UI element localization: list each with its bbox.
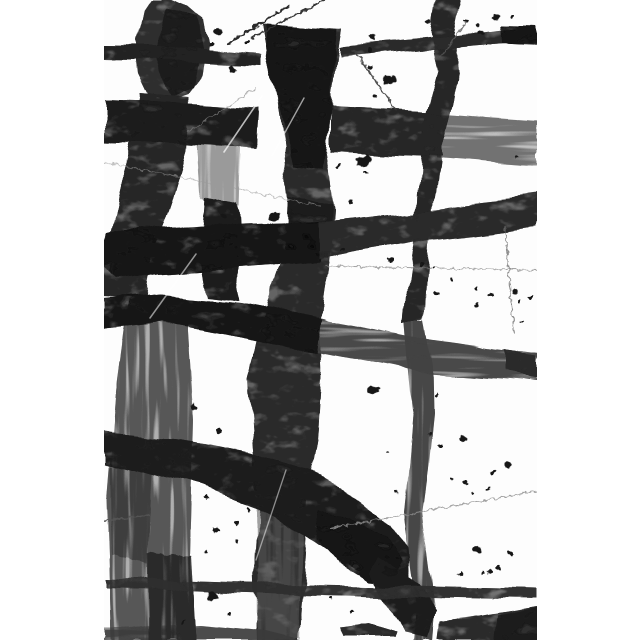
ink-splatter-65 [181,621,184,624]
ink-splatter-19 [348,200,353,204]
ink-splatter-53 [214,527,220,532]
ink-splatter-26 [432,267,435,270]
ink-splatter-8 [368,48,372,51]
ink-splatter-64 [227,612,232,616]
ink-splatter-9 [425,20,429,24]
ink-splatter-25 [420,263,424,266]
abstract-painting-svg [0,0,640,640]
ink-splatter-51 [205,495,209,499]
brush-stroke-v1-lower-dark [148,552,197,640]
ink-splatter-45 [463,481,467,484]
ink-splatter-7 [373,94,378,98]
ink-splatter-20 [514,155,519,159]
ink-splatter-40 [428,433,432,436]
ink-splatter-3 [245,40,249,43]
screenshot-root [0,0,640,640]
ink-splatter-58 [507,551,513,556]
ink-splatter-39 [435,394,438,397]
ink-splatter-6 [368,65,372,69]
ink-splatter-29 [473,286,477,289]
ink-splatter-48 [486,488,489,491]
ink-splatter-55 [246,508,251,512]
ink-splatter-33 [517,301,521,304]
ink-splatter-21 [221,214,226,218]
ink-splatter-42 [438,445,443,449]
ink-splatter-11 [476,23,481,27]
brush-stroke-h2-left [104,100,258,148]
ink-splatter-59 [495,566,501,570]
ink-splatter-10 [464,19,468,22]
ink-splatter-56 [235,540,239,544]
ink-splatter-35 [520,321,523,324]
ink-splatter-32 [529,295,533,298]
ink-splatter-46 [451,477,454,480]
ink-splatter-67 [350,610,354,614]
ink-splatter-52 [234,521,239,525]
ink-splatter-23 [341,247,345,250]
ink-splatter-50 [387,451,390,453]
ink-splatter-62 [458,572,462,575]
ink-splatter-66 [328,596,332,599]
ink-splatter-34 [475,304,479,307]
ink-splatter-44 [490,470,495,474]
ink-splatter-54 [203,551,206,554]
ink-splatter-1 [210,42,215,46]
ink-splatter-49 [395,490,399,494]
ink-splatter-18 [364,171,368,174]
brush-stroke-h2-right [330,107,442,157]
ink-splatter-17 [337,164,341,167]
ink-splatter-15 [511,16,515,19]
ink-splatter-61 [481,571,485,574]
ink-splatter-60 [488,570,492,574]
ink-splatter-27 [450,278,454,281]
ink-splatter-24 [388,258,394,262]
brush-stroke-h2-right-fade [436,114,537,166]
ink-splatter-30 [488,293,493,297]
brush-stroke-h1-end-bar [502,26,537,46]
ink-splatter-14 [501,33,507,37]
ink-splatter-47 [471,492,474,495]
ink-splatter-28 [434,291,440,296]
ink-splatter-37 [216,429,222,434]
